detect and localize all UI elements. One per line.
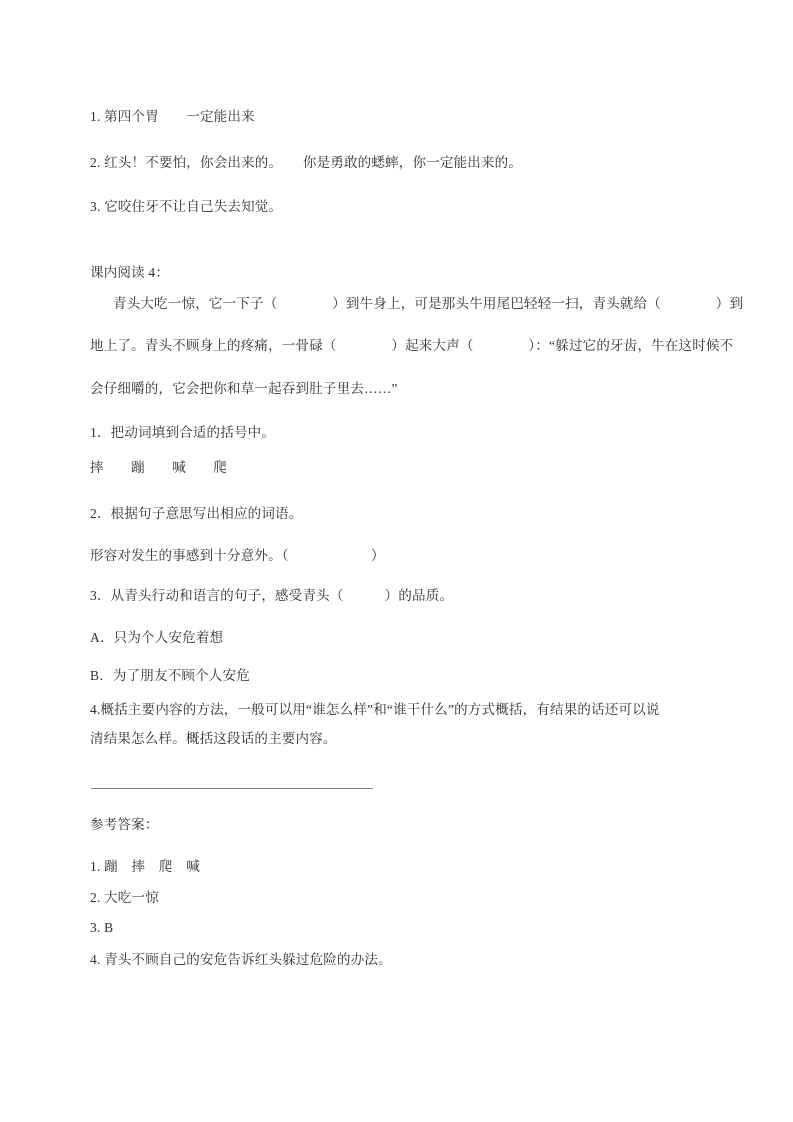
- prior-answer-line-3: 3. 它咬住牙不让自己失去知觉。: [90, 197, 282, 216]
- question-3-option-b: B．为了朋友不顾个人安危: [90, 666, 250, 685]
- question-3-option-a: A．只为个人安危着想: [90, 628, 223, 647]
- answer-key-heading: 参考答案：: [90, 815, 159, 834]
- passage-line-3: 会仔细嚼的，它会把你和草一起吞到肚子里去……”: [90, 379, 398, 398]
- document-page: 1. 第四个胃 一定能出来 2. 红头！不要怕，你会出来的。 你是勇敢的蟋蟀，你…: [0, 0, 793, 1122]
- question-4-line-2: 清结果怎么样。概括这段话的主要内容。: [90, 729, 337, 748]
- answer-key-item-4: 4. 青头不顾自己的安危告诉红头躲过危险的办法。: [90, 950, 392, 969]
- passage-line-2: 地上了。青头不顾身上的疼痛，一骨碌（ ）起来大声（ ）：“躲过它的牙齿，牛在这时…: [90, 336, 733, 355]
- question-4-line-1: 4.概括主要内容的方法，一般可以用“谁怎么样”和“谁干什么”的方式概括，有结果的…: [90, 700, 660, 719]
- answer-key-item-2: 2. 大吃一惊: [90, 888, 159, 907]
- question-3: 3．从青头行动和语言的句子，感受青头（ ）的品质。: [90, 586, 453, 605]
- answer-key-item-1: 1. 蹦 摔 爬 喊: [90, 857, 200, 876]
- reading-section-heading: 课内阅读 4：: [90, 263, 169, 282]
- passage-line-1: 青头大吃一惊，它一下子（ ）到牛身上，可是那头牛用尾巴轻轻一扫，青头就给（ ）到: [113, 294, 743, 313]
- prior-answer-line-1: 1. 第四个胃 一定能出来: [90, 107, 255, 126]
- question-2-clue: 形容对发生的事感到十分意外。（ ）: [90, 546, 385, 565]
- question-2: 2．根据句子意思写出相应的词语。: [90, 504, 302, 523]
- question-1-word-bank: 摔 蹦 喊 爬: [90, 458, 227, 477]
- prior-answer-line-2: 2. 红头！不要怕，你会出来的。 你是勇敢的蟋蟀，你一定能出来的。: [90, 153, 522, 172]
- answer-key-item-3: 3. B: [90, 918, 113, 937]
- question-1: 1．把动词填到合适的括号中。: [90, 423, 275, 442]
- answer-blank-rule: [91, 788, 373, 789]
